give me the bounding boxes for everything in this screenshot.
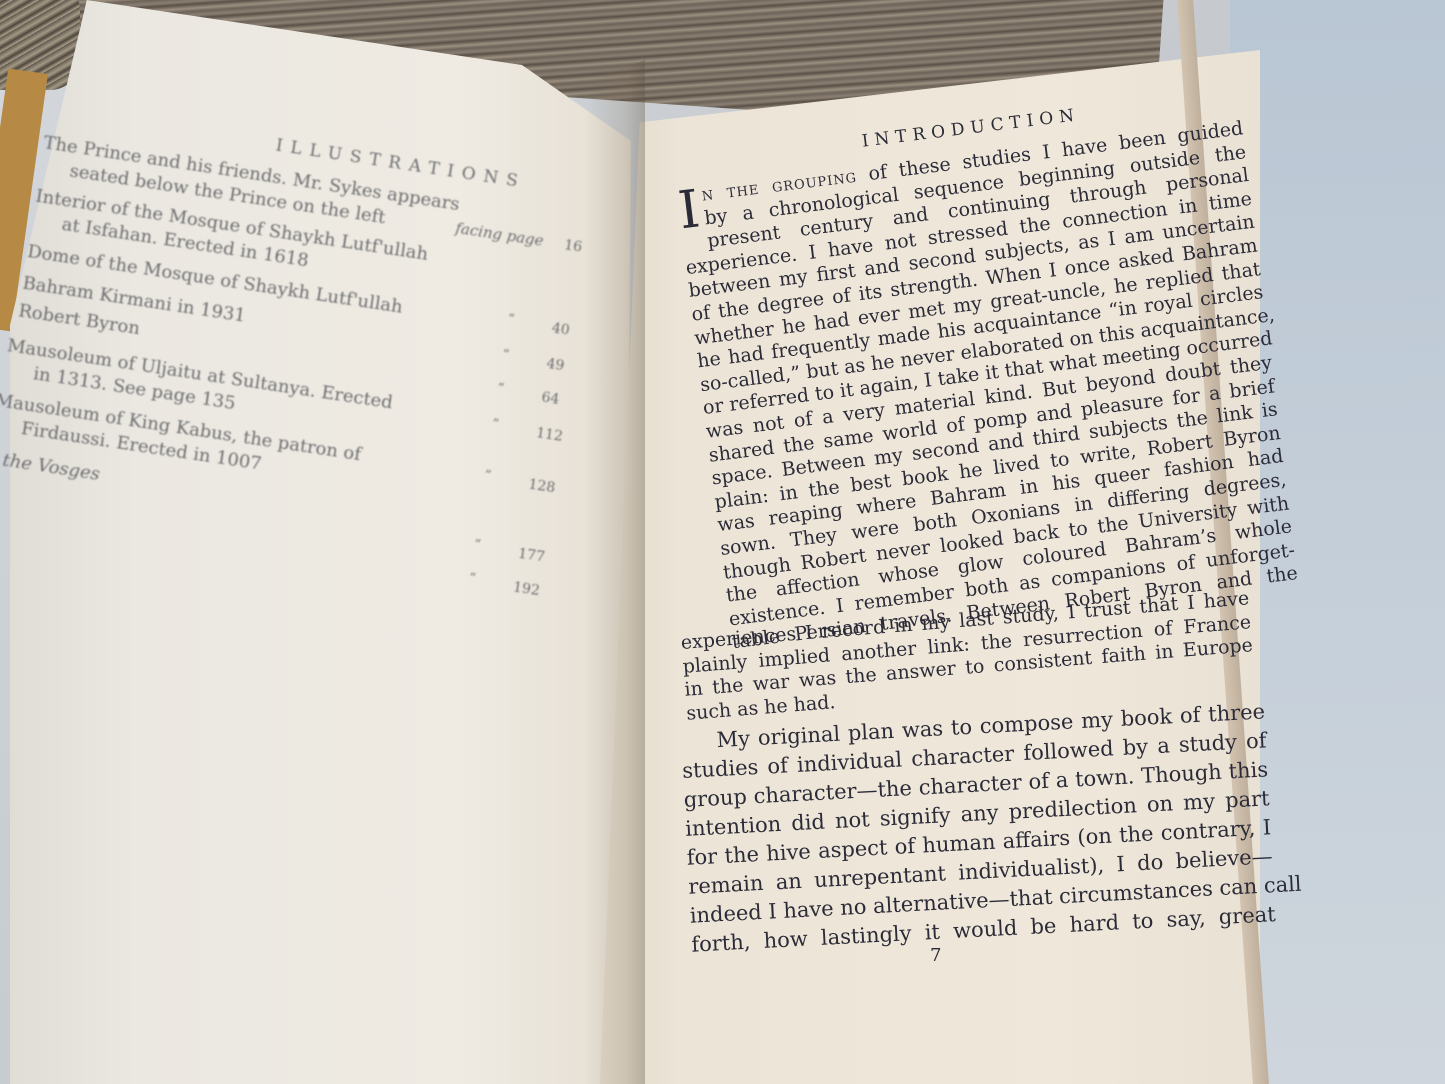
ditto-mark: ” [473, 537, 482, 553]
page-number: 7 [930, 945, 941, 966]
page-ref: 64 [540, 389, 560, 407]
page-ref: 112 [535, 425, 564, 445]
page-ref: 192 [512, 579, 541, 599]
ditto-mark: ” [483, 468, 492, 484]
ditto-mark: ” [501, 347, 510, 363]
introduction-text: INTRODUCTION I n the grouping of these s… [672, 86, 1299, 656]
illustrations-list: ILLUSTRATIONS The Prince and his friends… [0, 100, 633, 663]
page-ref: 177 [517, 546, 546, 566]
paragraph-1: I n the grouping of these studies I have… [676, 117, 1299, 655]
page-ref: 40 [551, 320, 571, 338]
page-ref: 128 [527, 477, 556, 497]
ditto-mark: ” [468, 571, 477, 587]
page-ref: 16 [563, 237, 583, 255]
facing-page-label: facing page [454, 219, 544, 250]
ditto-mark: ” [496, 381, 505, 397]
photo-scene: ILLUSTRATIONS The Prince and his friends… [0, 0, 1445, 1084]
ditto-mark: ” [507, 312, 516, 328]
ditto-mark: ” [491, 416, 500, 432]
illustration-entry: In the Vosges [0, 445, 101, 487]
page-ref: 49 [545, 356, 565, 374]
paragraph-2: My original plan was to compose my book … [680, 697, 1276, 959]
